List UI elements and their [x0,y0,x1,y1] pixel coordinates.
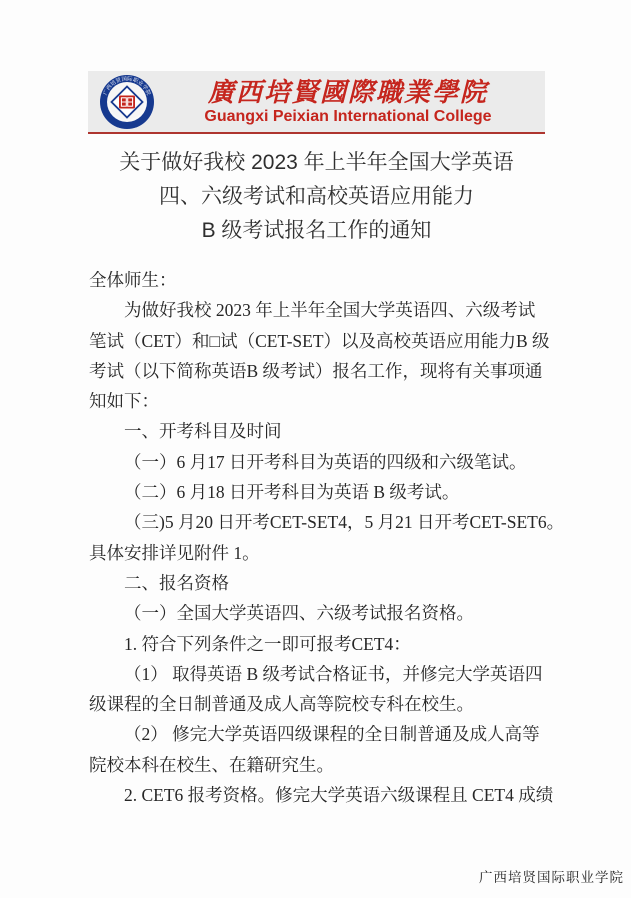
notice-title-line: 四、六级考试和高校英语应用能力 [88,180,545,214]
college-names: 廣西培賢國際職業學院 Guangxi Peixian International… [155,78,545,126]
body-line: 院校本科在校生、在籍研究生。 [89,750,547,780]
body-line: 全体师生： [89,265,547,295]
body-line: （2） 修完大学英语四级课程的全日制普通及成人高等 [89,719,547,749]
body-line: 考试（以下简称英语B 级考试）报名工作，现将有关事项通 [89,356,547,386]
body-line: 1. 符合下列条件之一即可报考CET4： [89,629,547,659]
body-line: 具体安排详见附件 1。 [89,538,547,568]
body-line: 笔试（CET）和□试（CET-SET）以及高校英语应用能力B 级 [89,326,547,356]
college-letterhead: 广西培贤国际职业学院 GUANGXI PEIXIAN INTERNATIONAL… [88,71,545,134]
body-line: （一）全国大学英语四、六级考试报名资格。 [89,598,547,628]
body-line: 2. CET6 报考资格。修完大学英语六级课程且 CET4 成绩 [89,780,547,810]
notice-title: 关于做好我校 2023 年上半年全国大学英语 四、六级考试和高校英语应用能力 B… [88,146,545,248]
body-line: （二）6 月18 日开考科目为英语 B 级考试。 [89,477,547,507]
footer-watermark: 广西培贤国际职业学院 [479,866,624,886]
body-line: 为做好我校 2023 年上半年全国大学英语四、六级考试 [89,295,547,325]
body-line: （三)5 月20 日开考CET-SET4，5 月21 日开考CET-SET6。 [89,507,547,537]
notice-title-line: 关于做好我校 2023 年上半年全国大学英语 [88,146,545,180]
notice-title-line: B 级考试报名工作的通知 [88,214,545,248]
body-line: 知如下： [89,386,547,416]
body-line: 级课程的全日制普通及成人高等院校专科在校生。 [89,689,547,719]
college-name-english: Guangxi Peixian International College [155,107,541,126]
body-line: 二、报名资格 [89,568,547,598]
college-name-chinese: 廣西培賢國際職業學院 [155,78,541,107]
body-line: （1） 取得英语 B 级考试合格证书，并修完大学英语四 [89,659,547,689]
body-line: （一）6 月17 日开考科目为英语的四级和六级笔试。 [89,447,547,477]
college-seal-icon: 广西培贤国际职业学院 GUANGXI PEIXIAN INTERNATIONAL… [99,74,155,130]
body-line: 一、开考科目及时间 [89,416,547,446]
notice-body: 全体师生：为做好我校 2023 年上半年全国大学英语四、六级考试笔试（CET）和… [89,265,547,810]
